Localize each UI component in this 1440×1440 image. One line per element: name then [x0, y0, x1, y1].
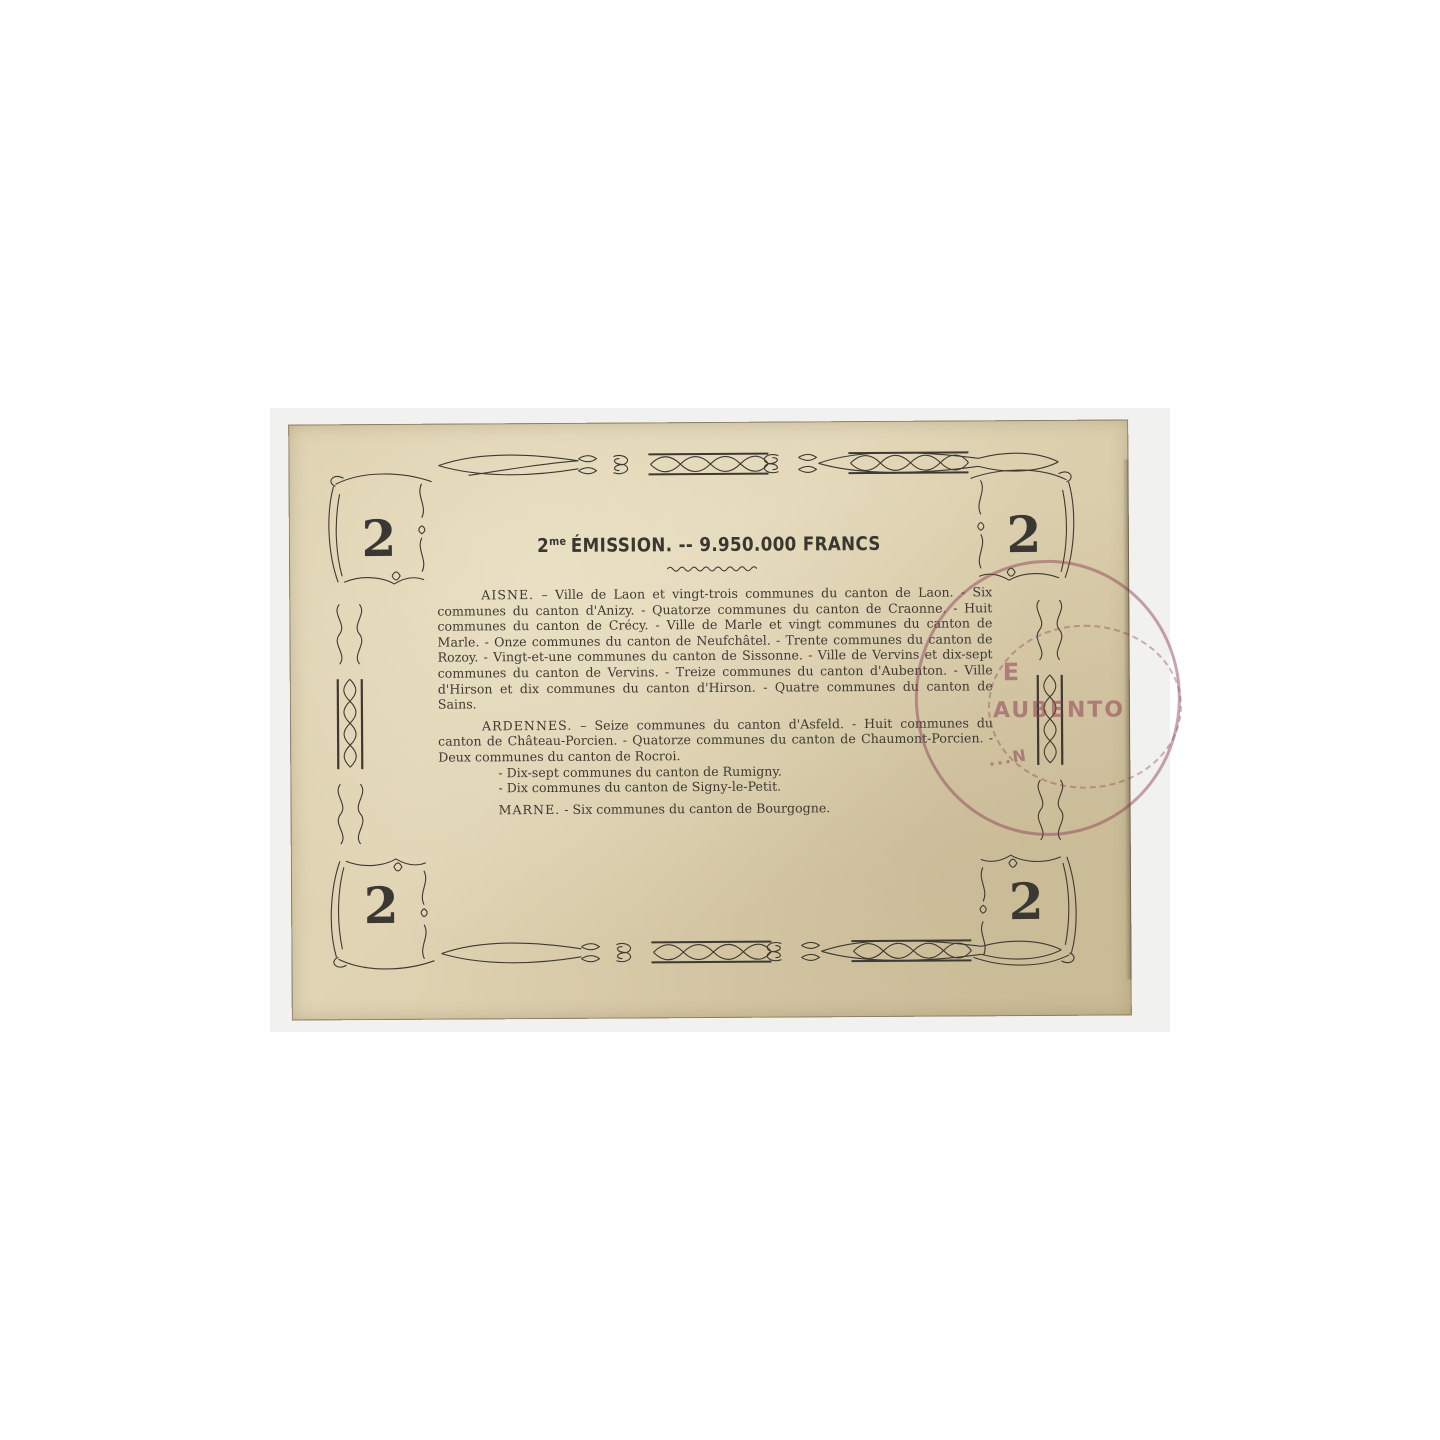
department-aisne: AISNE. [481, 587, 534, 602]
stamp-fragment-1: E [1003, 658, 1026, 686]
ornamental-border-bottom [441, 936, 1061, 968]
paragraph-marne: MARNE. - Six communes du canton de Bourg… [438, 799, 993, 818]
ardennes-signy-line: - Dix communes du canton de Signy-le-Pet… [438, 777, 993, 796]
department-marne: MARNE. [498, 802, 560, 817]
denomination-bottom-left: 2 [326, 881, 436, 932]
denomination-top-left: 2 [324, 514, 434, 565]
denomination-top-right: 2 [969, 510, 1079, 561]
paragraph-ardennes: ARDENNES. – Seize communes du canton d'A… [438, 715, 993, 796]
emission-ordinal-suffix: me [549, 535, 566, 548]
paragraph-aisne: AISNE. – Ville de Laon et vingt-trois co… [437, 584, 993, 712]
aisne-communes-text: – Ville de Laon et vingt-trois communes … [437, 584, 993, 712]
ornamental-border-top [438, 448, 1058, 480]
stamp-fragment-3: ...N [987, 745, 1029, 770]
marne-communes-text: - Six communes du canton de Bourgogne. [560, 800, 830, 817]
emission-ordinal: 2 [537, 535, 549, 557]
banknote: 2 2 2 2 2meÉMISSION. -- 9.950.000 FRANCS… [288, 419, 1132, 1020]
ornamental-border-right [1029, 600, 1070, 840]
department-ardennes: ARDENNES. [482, 718, 572, 734]
ornamental-border-left [329, 604, 370, 844]
emission-heading: 2meÉMISSION. -- 9.950.000 FRANCS [524, 533, 894, 557]
wavy-rule-divider [667, 564, 757, 575]
emission-title: ÉMISSION. -- 9.950.000 FRANCS [571, 533, 881, 557]
communes-list: AISNE. – Ville de Laon et vingt-trois co… [437, 584, 993, 824]
denomination-bottom-right: 2 [971, 877, 1081, 928]
